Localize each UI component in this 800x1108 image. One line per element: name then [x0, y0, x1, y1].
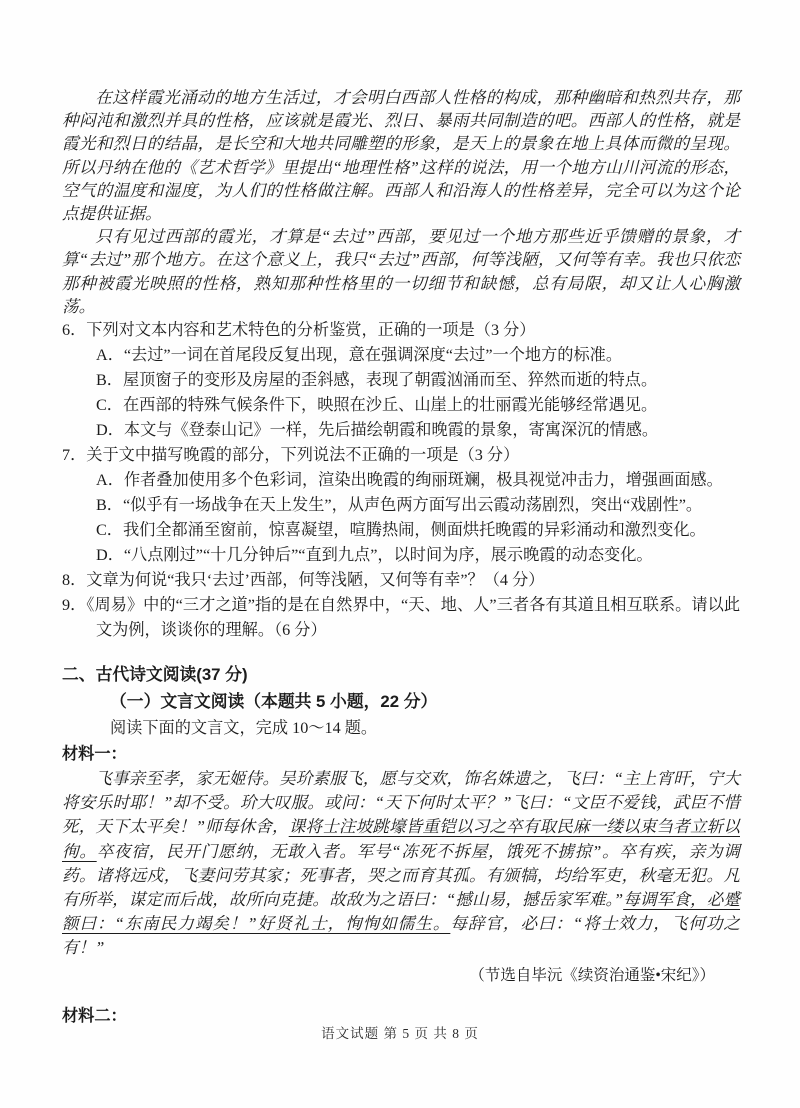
section-instruction: 阅读下面的文言文，完成 10～14 题。: [62, 715, 740, 742]
material-1-label: 材料一：: [62, 742, 740, 767]
question-7-option-c: C．我们全都涌至窗前，惊喜凝望，喧腾热闹，侧面烘托晚霞的异彩涌动和激烈变化。: [62, 518, 740, 543]
question-9-number: 9．: [62, 596, 86, 614]
question-7-stem: 关于文中描写晚霞的部分，下列说法不正确的一项是（3 分）: [86, 446, 519, 464]
question-8-stem-line: 8．文章为何说“我只‘去过’西部，何等浅陋，又何等有幸”？（4 分）: [62, 568, 740, 593]
question-7-stem-line: 7．关于文中描写晚霞的部分，下列说法不正确的一项是（3 分）: [62, 443, 740, 468]
question-6-option-b: B．屋顶窗子的变形及房屋的歪斜感，表现了朝霞汹涌而至、猝然而逝的特点。: [62, 368, 740, 393]
question-9-stem: 《周易》中的“三才之道”指的是在自然界中，“天、地、人”三者各有其道且相互联系。…: [86, 596, 740, 639]
question-7-number: 7．: [62, 446, 86, 464]
question-7-option-b: B．“似乎有一场战争在天上发生”，从声色两方面写出云霞动荡剧烈，突出“戏剧性”。: [62, 493, 740, 518]
passage-paragraph-1: 在这样霞光涌动的地方生活过，才会明白西部人性格的构成，那种幽暗和热烈共存，那种闷…: [62, 86, 740, 225]
question-7-option-d: D．“八点刚过”“十几分钟后”“直到九点”，以时间为序，展示晚霞的动态变化。: [62, 543, 740, 568]
question-6-option-c: C．在西部的特殊气候条件下，映照在沙丘、山崖上的壮丽霞光能够经常遇见。: [62, 393, 740, 418]
passage-paragraph-2: 只有见过西部的霞光，才算是“去过”西部，要见过一个地方那些近乎馈赠的景象，才算“…: [62, 225, 740, 318]
question-6-stem: 下列对文本内容和艺术特色的分析鉴赏，正确的一项是（3 分）: [86, 321, 535, 339]
question-9: 9．《周易》中的“三才之道”指的是在自然界中，“天、地、人”三者各有其道且相互联…: [62, 593, 740, 643]
page-content: 在这样霞光涌动的地方生活过，才会明白西部人性格的构成，那种幽暗和热烈共存，那种闷…: [62, 86, 740, 1029]
question-6-stem-line: 6．下列对文本内容和艺术特色的分析鉴赏，正确的一项是（3 分）: [62, 318, 740, 343]
section-title: 二、古代诗文阅读(37 分): [62, 661, 740, 688]
question-6-number: 6．: [62, 321, 86, 339]
classical-passage: 飞事亲至孝，家无姬侍。吴玠素服飞，愿与交欢，饰名姝遗之，飞曰：“主上宵旰，宁大将…: [62, 767, 740, 961]
question-7: 7．关于文中描写晚霞的部分，下列说法不正确的一项是（3 分） A．作者叠加使用多…: [62, 443, 740, 568]
passage-source: （节选自毕沅《续资治通鉴•宋纪》）: [62, 964, 740, 988]
exam-page: 在这样霞光涌动的地方生活过，才会明白西部人性格的构成，那种幽暗和热烈共存，那种闷…: [0, 0, 800, 1108]
page-footer: 语文试题 第 5 页 共 8 页: [0, 1022, 800, 1042]
question-6-option-a: A．“去过”一词在首尾段反复出现，意在强调深度“去过”一个地方的标准。: [62, 343, 740, 368]
section-subtitle: （一）文言文阅读（本题共 5 小题，22 分）: [62, 688, 740, 715]
question-9-stem-line: 9．《周易》中的“三才之道”指的是在自然界中，“天、地、人”三者各有其道且相互联…: [62, 593, 740, 643]
question-7-option-a: A．作者叠加使用多个色彩词，渲染出晚霞的绚丽斑斓，极具视觉冲击力，增强画面感。: [62, 468, 740, 493]
question-6: 6．下列对文本内容和艺术特色的分析鉴赏，正确的一项是（3 分） A．“去过”一词…: [62, 318, 740, 443]
question-8: 8．文章为何说“我只‘去过’西部，何等浅陋，又何等有幸”？（4 分）: [62, 568, 740, 593]
question-8-stem: 文章为何说“我只‘去过’西部，何等浅陋，又何等有幸”？（4 分）: [86, 571, 544, 589]
question-6-option-d: D．本文与《登泰山记》一样，先后描绘朝霞和晚霞的景象，寄寓深沉的情感。: [62, 418, 740, 443]
question-8-number: 8．: [62, 571, 86, 589]
